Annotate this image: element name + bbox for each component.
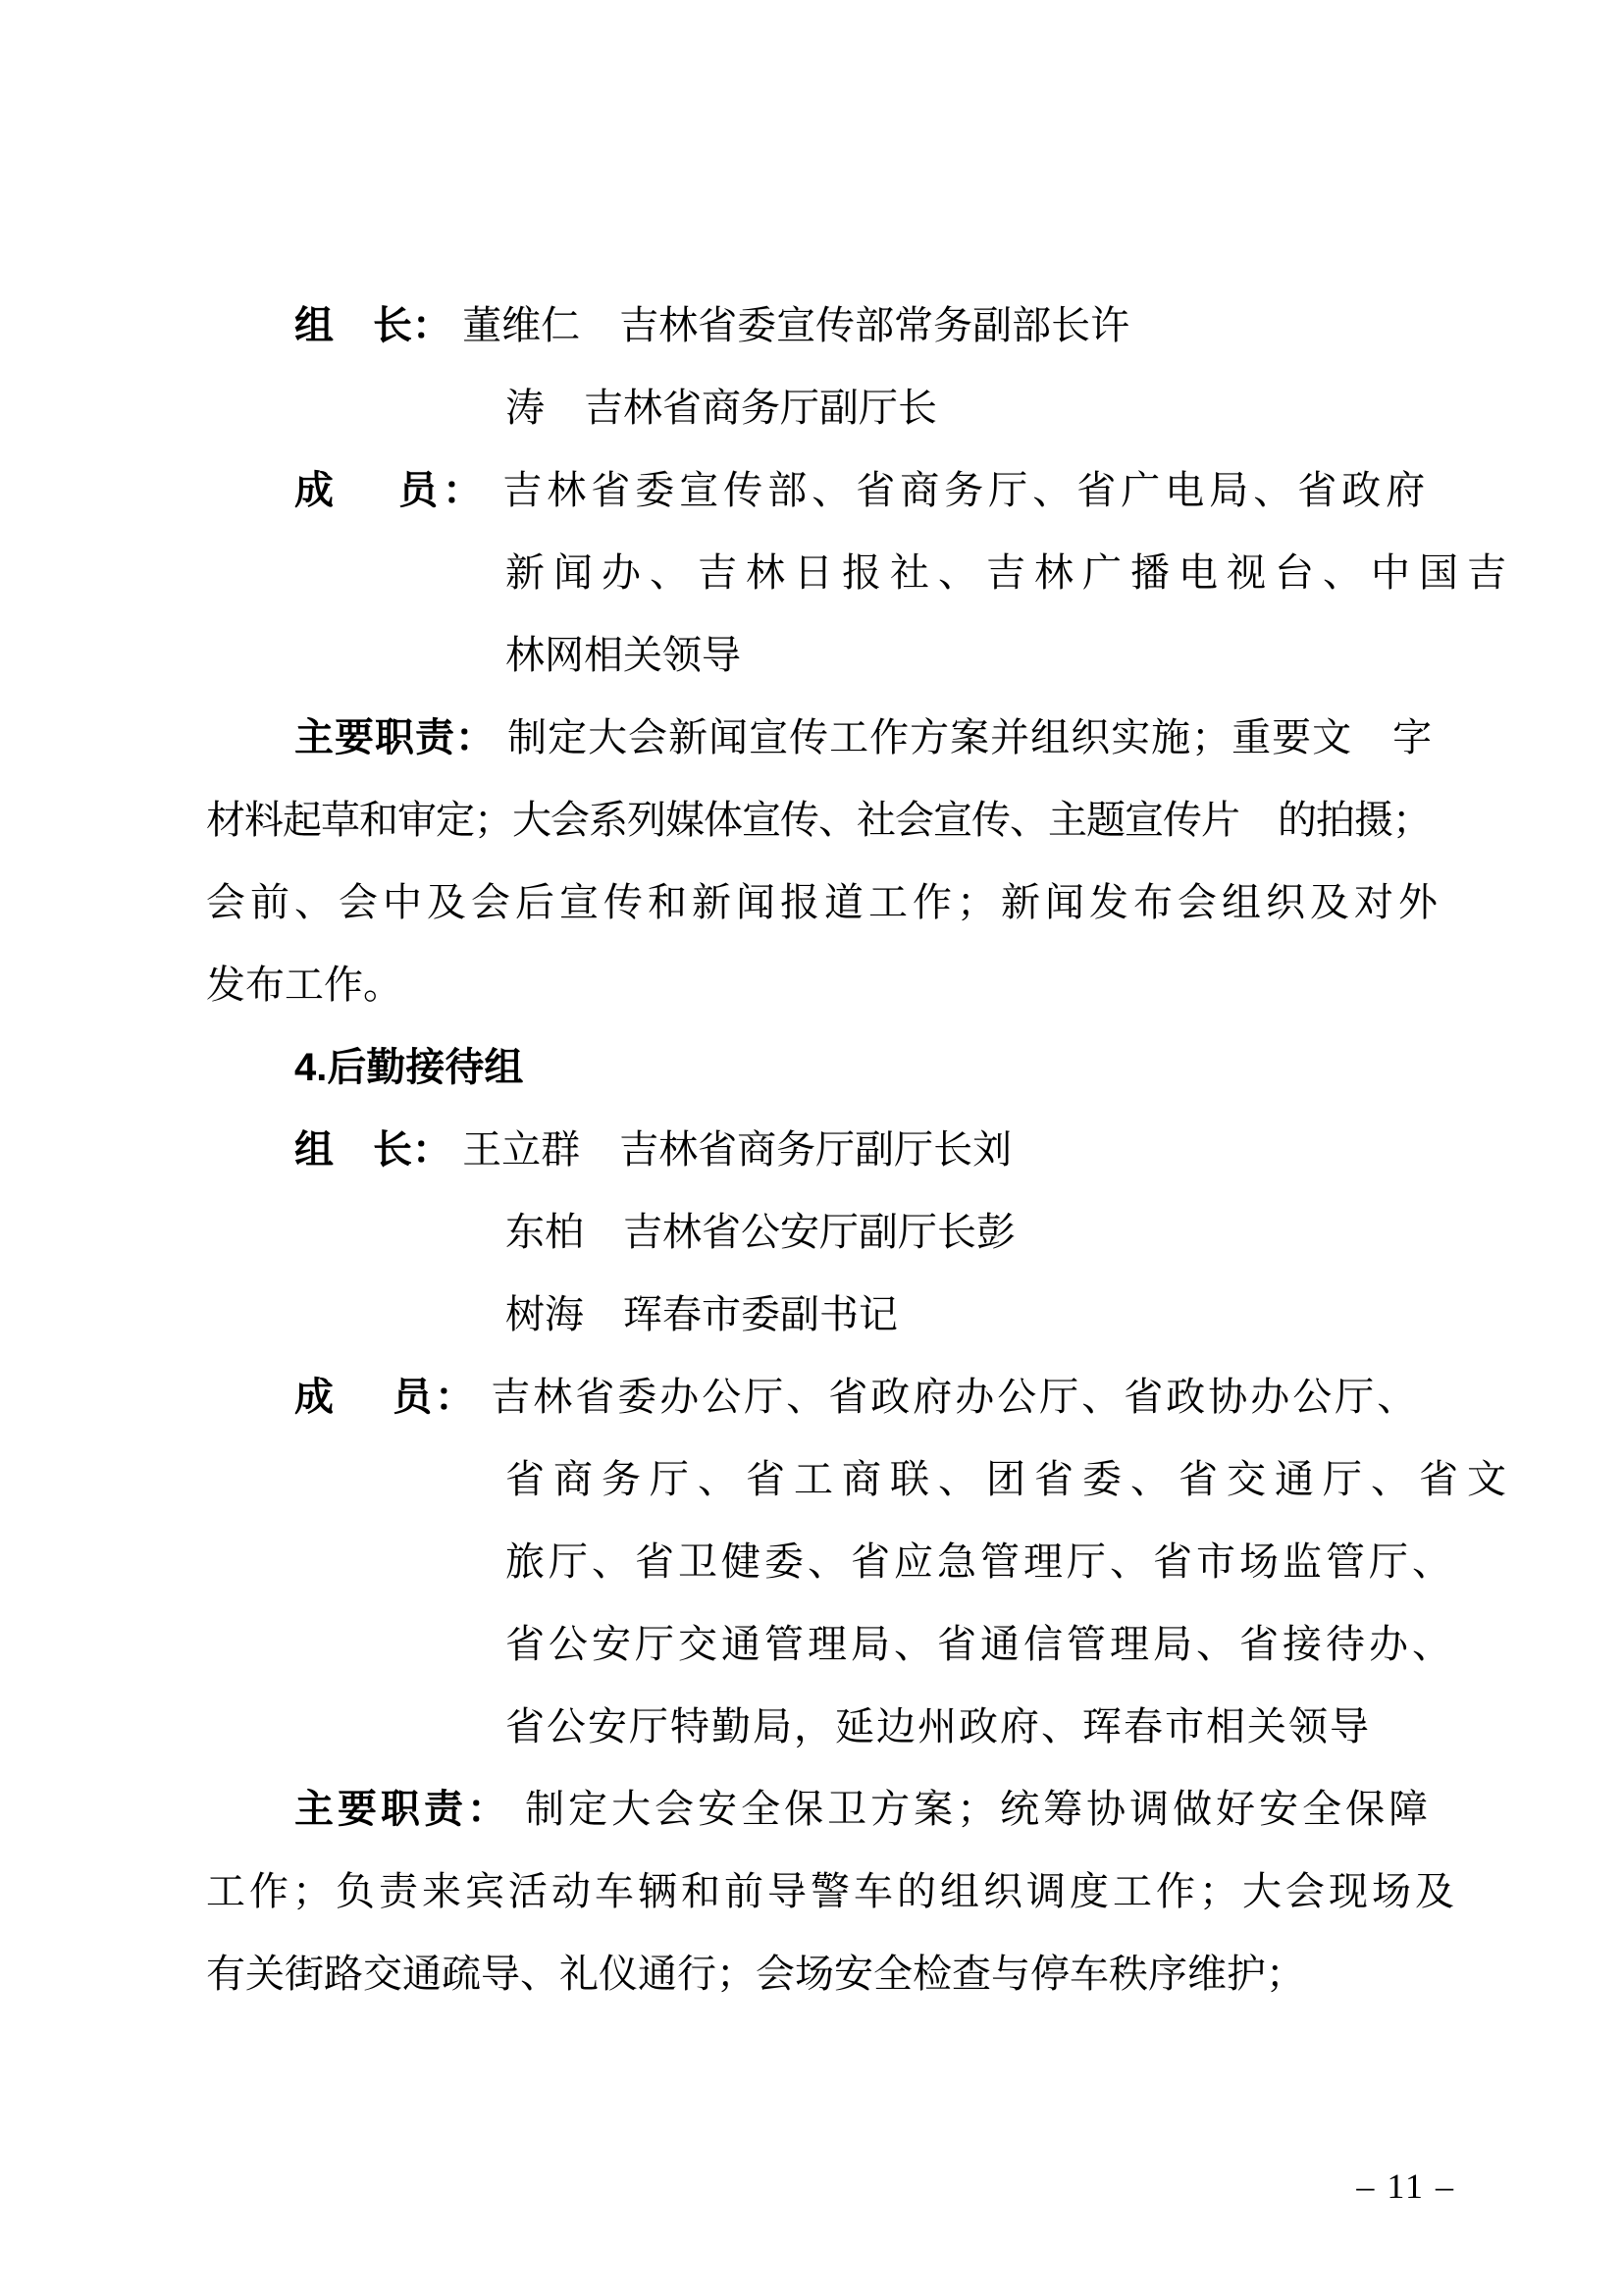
line-text: 新闻办、吉林日报社、吉林广播电视台、中国吉 [505, 550, 1515, 595]
line-text: 东柏 吉林省公安厅副厅长彭 [505, 1210, 1016, 1254]
doc-line: 省公安厅交通管理局、省通信管理局、省接待办、 [206, 1603, 1433, 1686]
line-label: 主要职责： [294, 1788, 525, 1831]
doc-line-duties: 主要职责： 制定大会安全保卫方案；统筹协调做好安全保障 [206, 1768, 1433, 1851]
doc-line: 工作；负责来宾活动车辆和前导警车的组织调度工作；大会现场及 [206, 1851, 1433, 1933]
line-text: 省公安厅特勤局，延边州政府、珲春市相关领导 [505, 1704, 1371, 1748]
line-text: 材料起草和审定；大会系列媒体宣传、社会宣传、主题宣传片 的拍摄； [206, 798, 1431, 842]
doc-line-members: 成 员： 吉林省委宣传部、省商务厅、省广电局、省政府 [206, 449, 1433, 532]
doc-line-members: 成 员： 吉林省委办公厅、省政府办公厅、省政协办公厅、 [206, 1356, 1433, 1438]
doc-line: 发布工作。 [206, 944, 1433, 1026]
page-number: – 11 – [1356, 2159, 1455, 2214]
doc-heading-group-4: 4.后勤接待组 [206, 1026, 1433, 1109]
line-text: 林网相关领导 [505, 633, 741, 677]
doc-line-duties: 主要职责： 制定大会新闻宣传工作方案并组织实施；重要文 字 [206, 697, 1433, 779]
line-text: 旅厅、省卫健委、省应急管理厅、省市场监管厅、 [505, 1539, 1455, 1584]
line-text: 省商务厅、省工商联、团省委、省交通厅、省文 [505, 1457, 1515, 1501]
doc-line: 树海 珲春市委副书记 [206, 1274, 1433, 1356]
line-label: 组 长： [294, 304, 462, 347]
line-text: 省公安厅交通管理局、省通信管理局、省接待办、 [505, 1622, 1455, 1666]
doc-line: 东柏 吉林省公安厅副厅长彭 [206, 1191, 1433, 1274]
doc-line: 省商务厅、省工商联、团省委、省交通厅、省文 [206, 1438, 1433, 1521]
line-text: 吉林省委办公厅、省政府办公厅、省政协办公厅、 [491, 1375, 1419, 1419]
doc-line: 材料起草和审定；大会系列媒体宣传、社会宣传、主题宣传片 的拍摄； [206, 779, 1433, 861]
doc-line: 有关街路交通疏导、礼仪通行；会场安全检查与停车秩序维护； [206, 1933, 1433, 2015]
line-text: 王立群 吉林省商务厅副厅长刘 [462, 1127, 1012, 1172]
line-text: 董维仁 吉林省委宣传部常务副部长许 [462, 303, 1129, 347]
line-text: 制定大会新闻宣传工作方案并组织实施；重要文 字 [507, 715, 1433, 759]
line-text: 发布工作。 [206, 963, 402, 1007]
line-text: 树海 珲春市委副书记 [505, 1292, 898, 1336]
line-label: 4.后勤接待组 [294, 1046, 523, 1089]
doc-line: 林网相关领导 [206, 614, 1433, 697]
line-label: 成 员： [294, 469, 502, 512]
line-text: 吉林省委宣传部、省商务厅、省广电局、省政府 [502, 468, 1430, 512]
line-label: 组 长： [294, 1128, 462, 1172]
doc-line: 省公安厅特勤局，延边州政府、珲春市相关领导 [206, 1686, 1433, 1768]
doc-line: 新闻办、吉林日报社、吉林广播电视台、中国吉 [206, 532, 1433, 614]
doc-line-group-leader: 组 长： 董维仁 吉林省委宣传部常务副部长许 [206, 285, 1433, 367]
doc-line: 会前、会中及会后宣传和新闻报道工作；新闻发布会组织及对外 [206, 861, 1433, 944]
line-text: 有关街路交通疏导、礼仪通行；会场安全检查与停车秩序维护； [206, 1952, 1305, 1996]
document-body: 组 长： 董维仁 吉林省委宣传部常务副部长许 涛 吉林省商务厅副厅长 成 员： … [206, 285, 1433, 2015]
doc-line: 涛 吉林省商务厅副厅长 [206, 367, 1433, 449]
line-text: 制定大会安全保卫方案；统筹协调做好安全保障 [525, 1787, 1432, 1831]
line-text: 工作；负责来宾活动车辆和前导警车的组织调度工作；大会现场及 [206, 1869, 1458, 1913]
line-text: 会前、会中及会后宣传和新闻报道工作；新闻发布会组织及对外 [206, 880, 1442, 924]
line-text: 涛 吉林省商务厅副厅长 [505, 386, 937, 430]
line-label: 成 员： [294, 1376, 491, 1419]
doc-line: 旅厅、省卫健委、省应急管理厅、省市场监管厅、 [206, 1521, 1433, 1603]
line-label: 主要职责： [294, 716, 507, 759]
doc-line-group-leader: 组 长： 王立群 吉林省商务厅副厅长刘 [206, 1109, 1433, 1191]
document-page: 组 长： 董维仁 吉林省委宣传部常务副部长许 涛 吉林省商务厅副厅长 成 员： … [0, 0, 1624, 2295]
